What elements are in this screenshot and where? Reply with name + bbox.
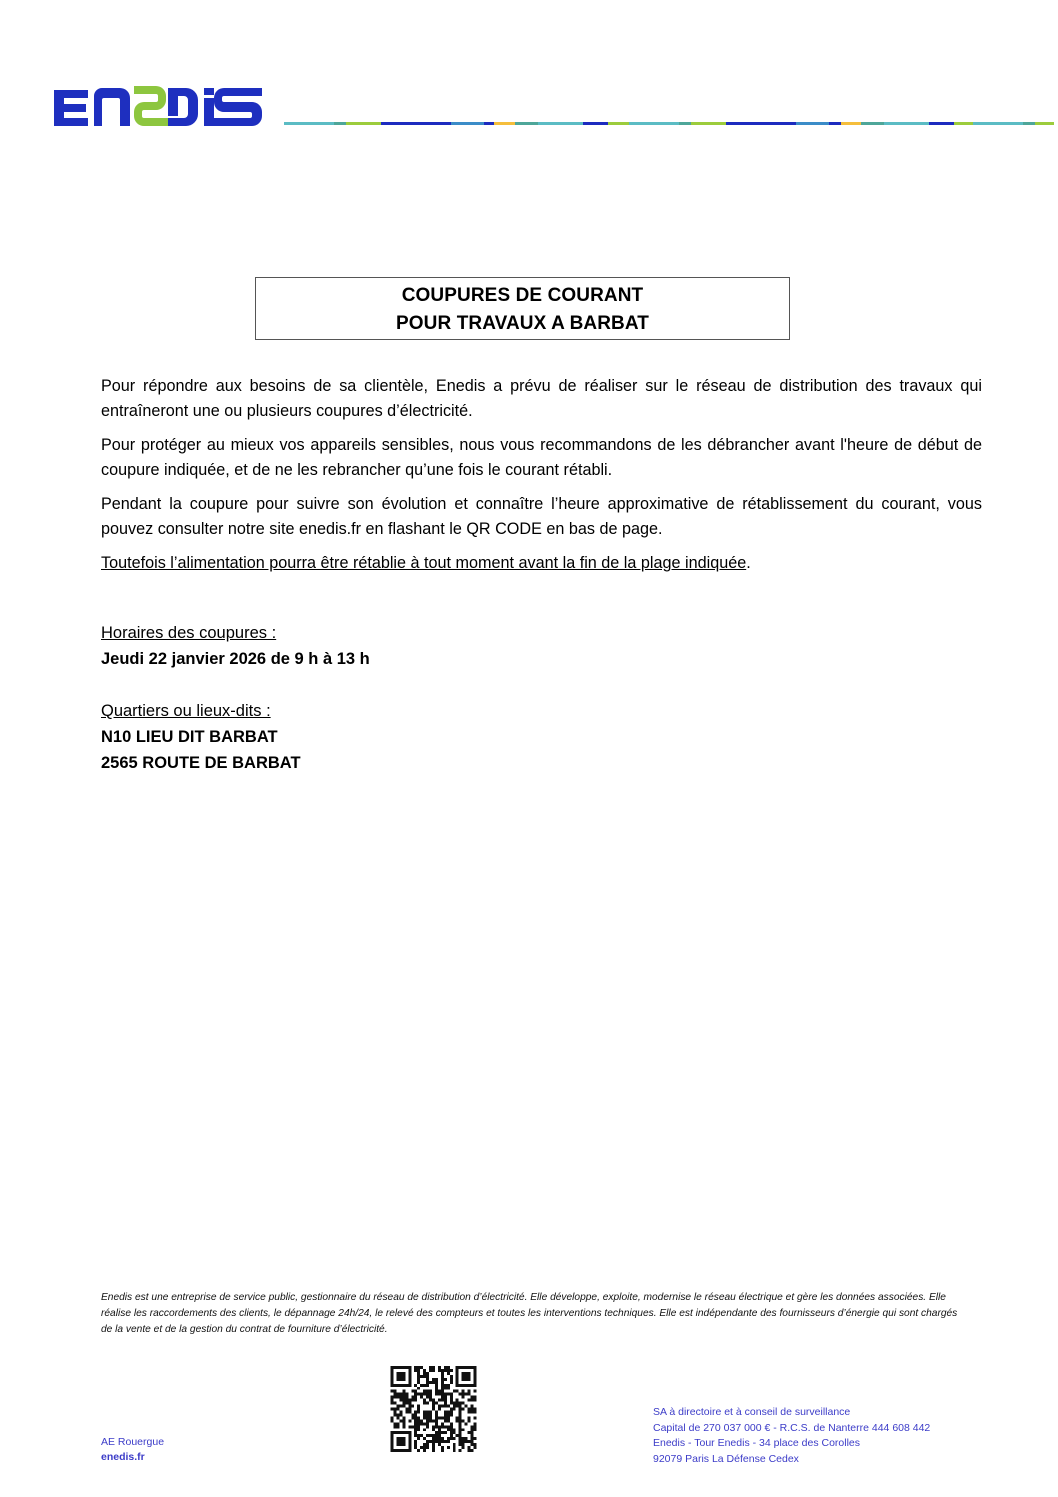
title-line-2: POUR TRAVAUX A BARBAT xyxy=(256,310,789,338)
company-type: SA à directoire et à conseil de surveill… xyxy=(653,1405,930,1421)
stripe-segment xyxy=(629,122,679,125)
stripe-segment xyxy=(796,122,829,125)
qr-code-icon[interactable] xyxy=(390,1366,477,1452)
stripe-segment xyxy=(841,122,861,125)
location-item: N10 LIEU DIT BARBAT xyxy=(101,724,301,750)
header-stripe xyxy=(284,122,1058,125)
company-address: Enedis - Tour Enedis - 34 place des Coro… xyxy=(653,1436,930,1452)
stripe-segment xyxy=(691,122,726,125)
paragraph-advice: Pour protéger au mieux vos appareils sen… xyxy=(101,433,982,482)
title-line-1: COUPURES DE COURANT xyxy=(256,282,789,310)
company-capital: Capital de 270 037 000 € - R.C.S. de Nan… xyxy=(653,1421,930,1437)
stripe-segment xyxy=(954,122,973,125)
schedule-label: Horaires des coupures : xyxy=(101,620,370,646)
stripe-segment xyxy=(608,122,629,125)
stripe-segment xyxy=(484,122,494,125)
schedule-section: Horaires des coupures : Jeudi 22 janvier… xyxy=(101,620,370,672)
footer-unit: AE Rouergue xyxy=(101,1435,164,1450)
note-underlined: Toutefois l’alimentation pourra être rét… xyxy=(101,554,746,572)
footer-left: AE Rouergue enedis.fr xyxy=(101,1435,164,1465)
stripe-segment xyxy=(451,122,484,125)
stripe-segment xyxy=(829,122,841,125)
stripe-segment xyxy=(679,122,691,125)
stripe-segment xyxy=(538,122,583,125)
stripe-segment xyxy=(929,122,954,125)
company-city: 92079 Paris La Défense Cedex xyxy=(653,1452,930,1468)
paragraph-intro: Pour répondre aux besoins de sa clientèl… xyxy=(101,374,982,423)
stripe-segment xyxy=(726,122,796,125)
enedis-logo-icon xyxy=(52,82,272,128)
stripe-segment xyxy=(346,122,381,125)
location-item: 2565 ROUTE DE BARBAT xyxy=(101,750,301,776)
paragraph-tracking: Pendant la coupure pour suivre son évolu… xyxy=(101,492,982,541)
stripe-segment xyxy=(861,122,884,125)
footer-company-info: SA à directoire et à conseil de surveill… xyxy=(653,1405,930,1467)
stripe-segment xyxy=(284,122,334,125)
stripe-segment xyxy=(494,122,515,125)
stripe-segment xyxy=(515,122,538,125)
footer-site-link[interactable]: enedis.fr xyxy=(101,1450,164,1465)
paragraph-note: Toutefois l’alimentation pourra être rét… xyxy=(101,551,982,576)
stripe-segment xyxy=(583,122,608,125)
locations-section: Quartiers ou lieux-dits : N10 LIEU DIT B… xyxy=(101,698,301,776)
note-end: . xyxy=(746,554,751,572)
title-box: COUPURES DE COURANT POUR TRAVAUX A BARBA… xyxy=(255,277,790,340)
enedis-logo xyxy=(52,78,272,128)
stripe-segment xyxy=(1023,122,1035,125)
stripe-segment xyxy=(973,122,1023,125)
schedule-value: Jeudi 22 janvier 2026 de 9 h à 13 h xyxy=(101,646,370,672)
stripe-segment xyxy=(334,122,346,125)
locations-label: Quartiers ou lieux-dits : xyxy=(101,698,301,724)
stripe-segment xyxy=(381,122,451,125)
stripe-segment xyxy=(884,122,929,125)
stripe-segment xyxy=(1035,122,1054,125)
legal-notice: Enedis est une entreprise de service pub… xyxy=(101,1290,961,1338)
